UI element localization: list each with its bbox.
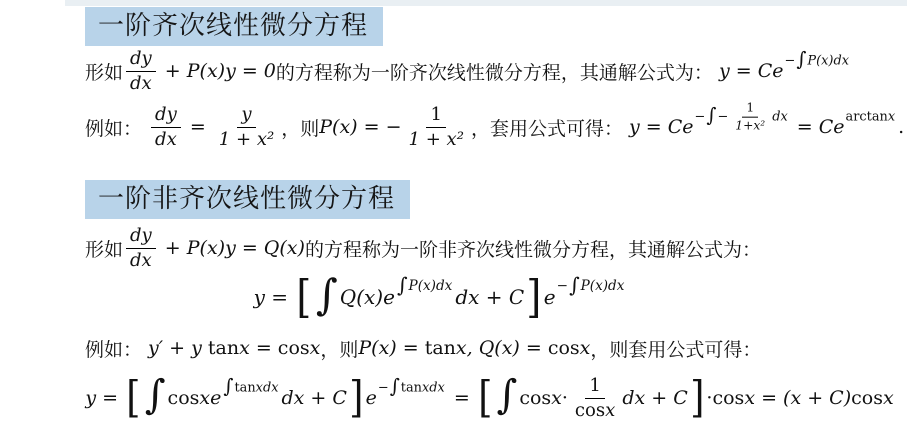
math-run: − xyxy=(784,53,795,68)
text-run: · xyxy=(562,387,568,409)
homogeneous-definition-line: 形如dydx + P(x)y = 0的方程称为一阶齐次线性微分方程，其通解公式为… xyxy=(85,46,852,96)
math-run: dx xyxy=(772,109,788,124)
left-bracket: [ xyxy=(297,276,312,319)
text-run: 形如 xyxy=(85,235,123,262)
fraction: 11 + x² xyxy=(405,104,468,150)
math-run: x xyxy=(551,387,562,409)
text-run: ，则 xyxy=(320,335,358,362)
math-run: dx xyxy=(155,129,177,151)
fraction: dydx xyxy=(126,225,156,271)
math-run: x = xyxy=(239,337,278,359)
fraction: dydx xyxy=(126,48,156,94)
text-run: arctan xyxy=(846,109,888,124)
math-run: x xyxy=(580,337,591,359)
nonhomogeneous-definition-line: 形如dydx + P(x)y = Q(x)的方程称为一阶非齐次线性微分方程，其通… xyxy=(85,223,761,273)
general-solution-formula: y = [∫Q(x)e∫P(x)dxdx + C]e−∫P(x)dx xyxy=(0,268,907,326)
math-run: − xyxy=(557,278,568,294)
homogeneous-example-line: 例如： dydx = y1 + x²，则P(x) = −11 + x²，套用公式… xyxy=(85,99,904,155)
fraction-denominator: dx xyxy=(151,128,181,151)
nonhomogeneous-example-intro-line: 例如： y′ + y tanx = cosx，则P(x) = tanx, Q(x… xyxy=(85,329,761,367)
math-run: dy xyxy=(130,225,152,247)
integral-sign: ∫ xyxy=(497,376,518,416)
section-heading-nonhomogeneous: 一阶非齐次线性微分方程 xyxy=(85,180,410,219)
fraction-numerator: y xyxy=(237,104,255,128)
section-heading-homogeneous: 一阶齐次线性微分方程 xyxy=(85,7,383,46)
math-run: dy xyxy=(130,48,152,70)
math-run: + P(x)y = Q(x) xyxy=(159,237,305,259)
integral-sign: ∫ xyxy=(569,275,580,295)
text-run: 1 xyxy=(430,104,441,126)
text-run: 例如： xyxy=(85,114,148,141)
superscript: −∫P(x)dx xyxy=(557,276,625,296)
math-run: − xyxy=(717,109,728,124)
integral-sign: ∫ xyxy=(706,106,716,125)
math-run: P(x)dx xyxy=(581,278,625,294)
math-run: x xyxy=(883,387,894,409)
math-run: e xyxy=(366,387,377,409)
math-run: = Ce xyxy=(791,116,845,138)
text-run: cos xyxy=(278,337,310,359)
fraction-denominator: dx xyxy=(126,72,156,95)
superscript: −∫tanxdx xyxy=(378,378,445,397)
text-run: ，套用公式可得： xyxy=(471,114,623,141)
superscript: ∫tanxdx xyxy=(222,378,278,397)
fraction: 1cosx xyxy=(571,375,619,421)
text-run: cos xyxy=(851,387,883,409)
fraction-numerator: dy xyxy=(126,48,156,72)
fraction-denominator: 1+x² xyxy=(731,117,769,133)
text-run: cos xyxy=(548,337,580,359)
right-bracket: ] xyxy=(527,276,542,319)
text-run: cos xyxy=(519,387,551,409)
text-run: cos xyxy=(168,387,200,409)
fraction-denominator: 1 + x² xyxy=(405,128,468,151)
math-run: 1+x² xyxy=(735,118,765,133)
math-run: y xyxy=(241,104,251,126)
fraction-numerator: 1 xyxy=(742,100,758,117)
right-bracket: ] xyxy=(690,378,704,419)
integral-sign: ∫ xyxy=(397,275,408,295)
math-run: P(x) = − xyxy=(319,116,401,138)
fraction-denominator: 1 + x² xyxy=(215,128,278,151)
document-page: 一阶齐次线性微分方程 形如dydx + P(x)y = 0的方程称为一阶齐次线性… xyxy=(0,0,907,434)
math-run: xdx xyxy=(256,380,279,395)
integral-sign: ∫ xyxy=(145,376,166,416)
left-bracket: [ xyxy=(478,378,492,419)
math-run: P(x)dx xyxy=(409,278,453,294)
text-run: 的方程称为一阶非齐次线性微分方程，其通解公式为： xyxy=(305,235,761,262)
superscript: −∫−11+x²dx xyxy=(695,100,788,132)
math-run: − xyxy=(378,380,389,395)
superscript: ∫P(x)dx xyxy=(396,276,452,296)
math-run: x = (x + C) xyxy=(744,387,851,409)
math-run: = xyxy=(448,387,476,409)
math-run: = xyxy=(184,116,212,138)
math-run: x xyxy=(605,400,615,422)
math-run: x, Q(x) = xyxy=(456,337,548,359)
right-bracket: ] xyxy=(349,378,363,419)
fraction-denominator: cosx xyxy=(571,399,619,422)
text-run: tan xyxy=(425,337,456,359)
superscript: arctanx xyxy=(846,109,896,124)
math-run: xdx xyxy=(422,380,445,395)
text-run: tan xyxy=(401,380,422,395)
fraction: 11+x² xyxy=(731,100,769,132)
text-run: ，则 xyxy=(281,114,319,141)
math-run: Q(x)e xyxy=(340,285,395,309)
fraction: y1 + x² xyxy=(215,104,278,150)
nonhomogeneous-example-solution-line: y = [∫cosxe∫tanxdxdx + C]e−∫tanxdx = [∫c… xyxy=(0,364,907,432)
math-run: dx + C xyxy=(455,285,524,309)
text-run: 的方程称为一阶齐次线性微分方程，其通解公式为： xyxy=(276,58,713,85)
fraction-numerator: dy xyxy=(126,225,156,249)
math-run: 1 + x² xyxy=(409,129,464,151)
integral-sign: ∫ xyxy=(223,377,233,396)
integral-sign: ∫ xyxy=(316,274,338,316)
text-run: tan xyxy=(234,380,255,395)
math-run: dx xyxy=(130,73,152,95)
integral-sign: ∫ xyxy=(796,50,806,69)
math-run: dy xyxy=(155,104,177,126)
text-run: 形如 xyxy=(85,58,123,85)
math-run: + P(x)y = 0 xyxy=(159,60,276,82)
text-run: 1 xyxy=(746,100,754,115)
math-run: y = Ce xyxy=(623,116,694,138)
math-run: P(x) = xyxy=(358,337,424,359)
fraction-numerator: dy xyxy=(151,104,181,128)
text-run: 例如： xyxy=(85,335,148,362)
math-run: x xyxy=(310,337,321,359)
math-run: − xyxy=(695,109,706,124)
text-run: . xyxy=(898,116,904,138)
math-run: P(x)dx xyxy=(807,53,849,68)
top-strip-decoration xyxy=(65,0,907,6)
math-run: y = xyxy=(85,387,124,409)
fraction: dydx xyxy=(151,104,181,150)
fraction-numerator: 1 xyxy=(585,375,604,399)
math-run: dx + C xyxy=(282,387,347,409)
fraction-numerator: 1 xyxy=(426,104,445,128)
text-run: ，则套用公式可得： xyxy=(590,335,761,362)
text-run: cos xyxy=(575,400,605,422)
math-run: e xyxy=(544,285,556,309)
math-run: 1 + x² xyxy=(219,129,274,151)
math-run: y = Ce xyxy=(713,60,784,82)
text-run: tan xyxy=(208,337,239,359)
integral-sign: ∫ xyxy=(390,377,400,396)
superscript: −∫P(x)dx xyxy=(784,51,849,70)
math-run: dx + C xyxy=(622,387,687,409)
text-run: cos xyxy=(712,387,744,409)
left-bracket: [ xyxy=(126,378,140,419)
text-run: 1 xyxy=(589,375,600,397)
math-run: x xyxy=(888,109,895,124)
math-run: xe xyxy=(199,387,221,409)
math-run: y′ + y xyxy=(148,337,208,359)
math-run: y = xyxy=(254,285,295,309)
